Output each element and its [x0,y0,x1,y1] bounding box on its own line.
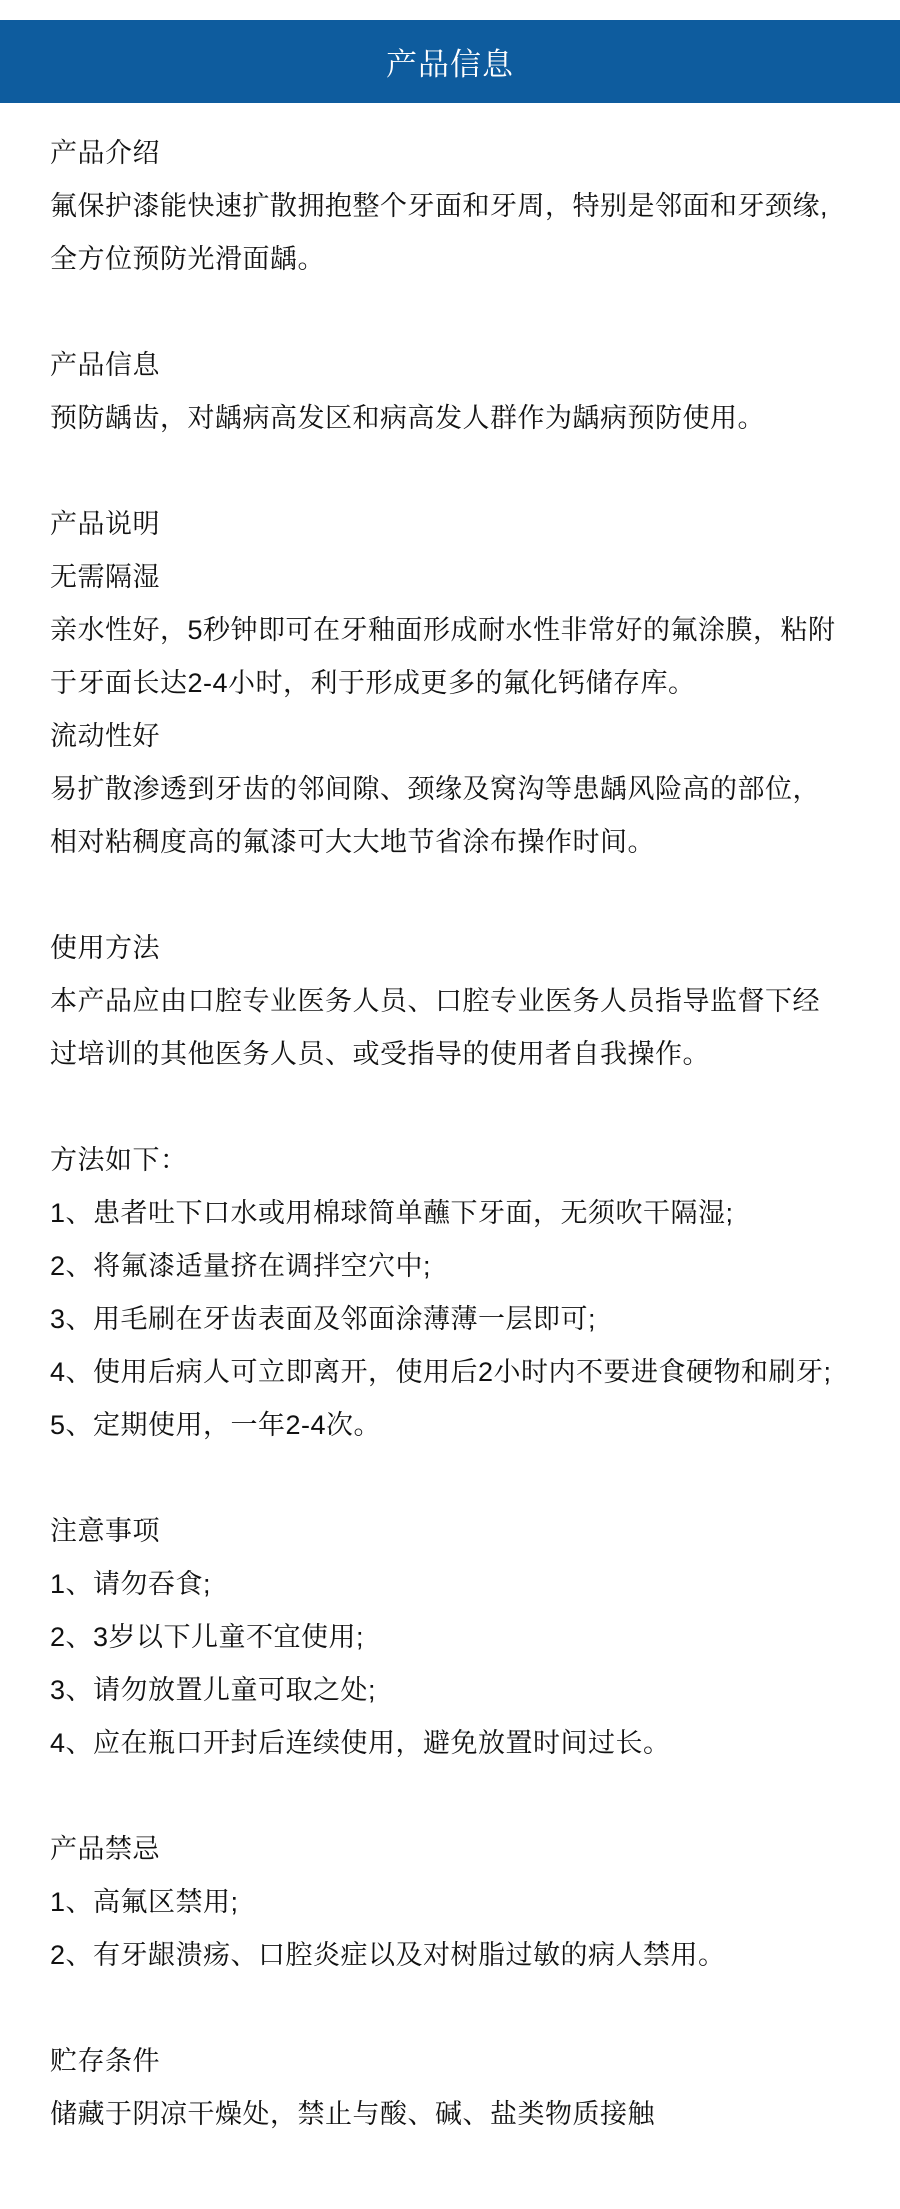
text-line: 1、请勿吞食; [50,1558,850,1611]
section: 产品说明无需隔湿亲水性好，5秒钟即可在牙釉面形成耐水性非常好的氟涂膜，粘附于牙面… [50,498,850,869]
section: 产品信息预防龋齿，对龋病高发区和病高发人群作为龋病预防使用。 [50,339,850,445]
section-heading: 使用方法 [50,922,850,975]
text-line: 氟保护漆能快速扩散拥抱整个牙面和牙周，特别是邻面和牙颈缘, [50,180,850,233]
product-info-content: 产品介绍氟保护漆能快速扩散拥抱整个牙面和牙周，特别是邻面和牙颈缘,全方位预防光滑… [0,103,900,2191]
text-line: 2、有牙龈溃疡、口腔炎症以及对树脂过敏的病人禁用。 [50,1929,850,1982]
text-line: 相对粘稠度高的氟漆可大大地节省涂布操作时间。 [50,816,850,869]
product-info-banner: 产品信息 [0,20,900,103]
text-line: 3、用毛刷在牙齿表面及邻面涂薄薄一层即可; [50,1293,850,1346]
text-line: 流动性好 [50,710,850,763]
section: 产品禁忌1、高氟区禁用;2、有牙龈溃疡、口腔炎症以及对树脂过敏的病人禁用。 [50,1823,850,1982]
section-heading: 产品介绍 [50,127,850,180]
section-heading: 注意事项 [50,1505,850,1558]
text-line: 2、3岁以下儿童不宜使用; [50,1611,850,1664]
text-line: 1、高氟区禁用; [50,1876,850,1929]
text-line: 4、使用后病人可立即离开，使用后2小时内不要进食硬物和刷牙; [50,1346,850,1399]
section: 贮存条件储藏于阴凉干燥处，禁止与酸、碱、盐类物质接触 [50,2035,850,2141]
section-heading: 贮存条件 [50,2035,850,2088]
text-line: 易扩散渗透到牙齿的邻间隙、颈缘及窝沟等患龋风险高的部位， [50,763,850,816]
section-heading: 产品信息 [50,339,850,392]
text-line: 2、将氟漆适量挤在调拌空穴中; [50,1240,850,1293]
section: 注意事项1、请勿吞食;2、3岁以下儿童不宜使用;3、请勿放置儿童可取之处;4、应… [50,1505,850,1770]
text-line: 本产品应由口腔专业医务人员、口腔专业医务人员指导监督下经 [50,975,850,1028]
text-line: 无需隔湿 [50,551,850,604]
text-line: 5、定期使用，一年2-4次。 [50,1399,850,1452]
banner-title: 产品信息 [386,39,514,84]
text-line: 3、请勿放置儿童可取之处; [50,1664,850,1717]
text-line: 全方位预防光滑面龋。 [50,233,850,286]
text-line: 过培训的其他医务人员、或受指导的使用者自我操作。 [50,1028,850,1081]
section-heading: 产品说明 [50,498,850,551]
section: 使用方法本产品应由口腔专业医务人员、口腔专业医务人员指导监督下经过培训的其他医务… [50,922,850,1081]
product-info-page: 产品信息 产品介绍氟保护漆能快速扩散拥抱整个牙面和牙周，特别是邻面和牙颈缘,全方… [0,20,900,2191]
section-heading: 方法如下： [50,1134,850,1187]
text-line: 储藏于阴凉干燥处，禁止与酸、碱、盐类物质接触 [50,2088,850,2141]
section: 产品介绍氟保护漆能快速扩散拥抱整个牙面和牙周，特别是邻面和牙颈缘,全方位预防光滑… [50,127,850,286]
text-line: 亲水性好，5秒钟即可在牙釉面形成耐水性非常好的氟涂膜，粘附 [50,604,850,657]
text-line: 于牙面长达2-4小时，利于形成更多的氟化钙储存库。 [50,657,850,710]
text-line: 1、患者吐下口水或用棉球简单蘸下牙面，无须吹干隔湿; [50,1187,850,1240]
section: 方法如下：1、患者吐下口水或用棉球简单蘸下牙面，无须吹干隔湿;2、将氟漆适量挤在… [50,1134,850,1452]
text-line: 预防龋齿，对龋病高发区和病高发人群作为龋病预防使用。 [50,392,850,445]
text-line: 4、应在瓶口开封后连续使用，避免放置时间过长。 [50,1717,850,1770]
section-heading: 产品禁忌 [50,1823,850,1876]
